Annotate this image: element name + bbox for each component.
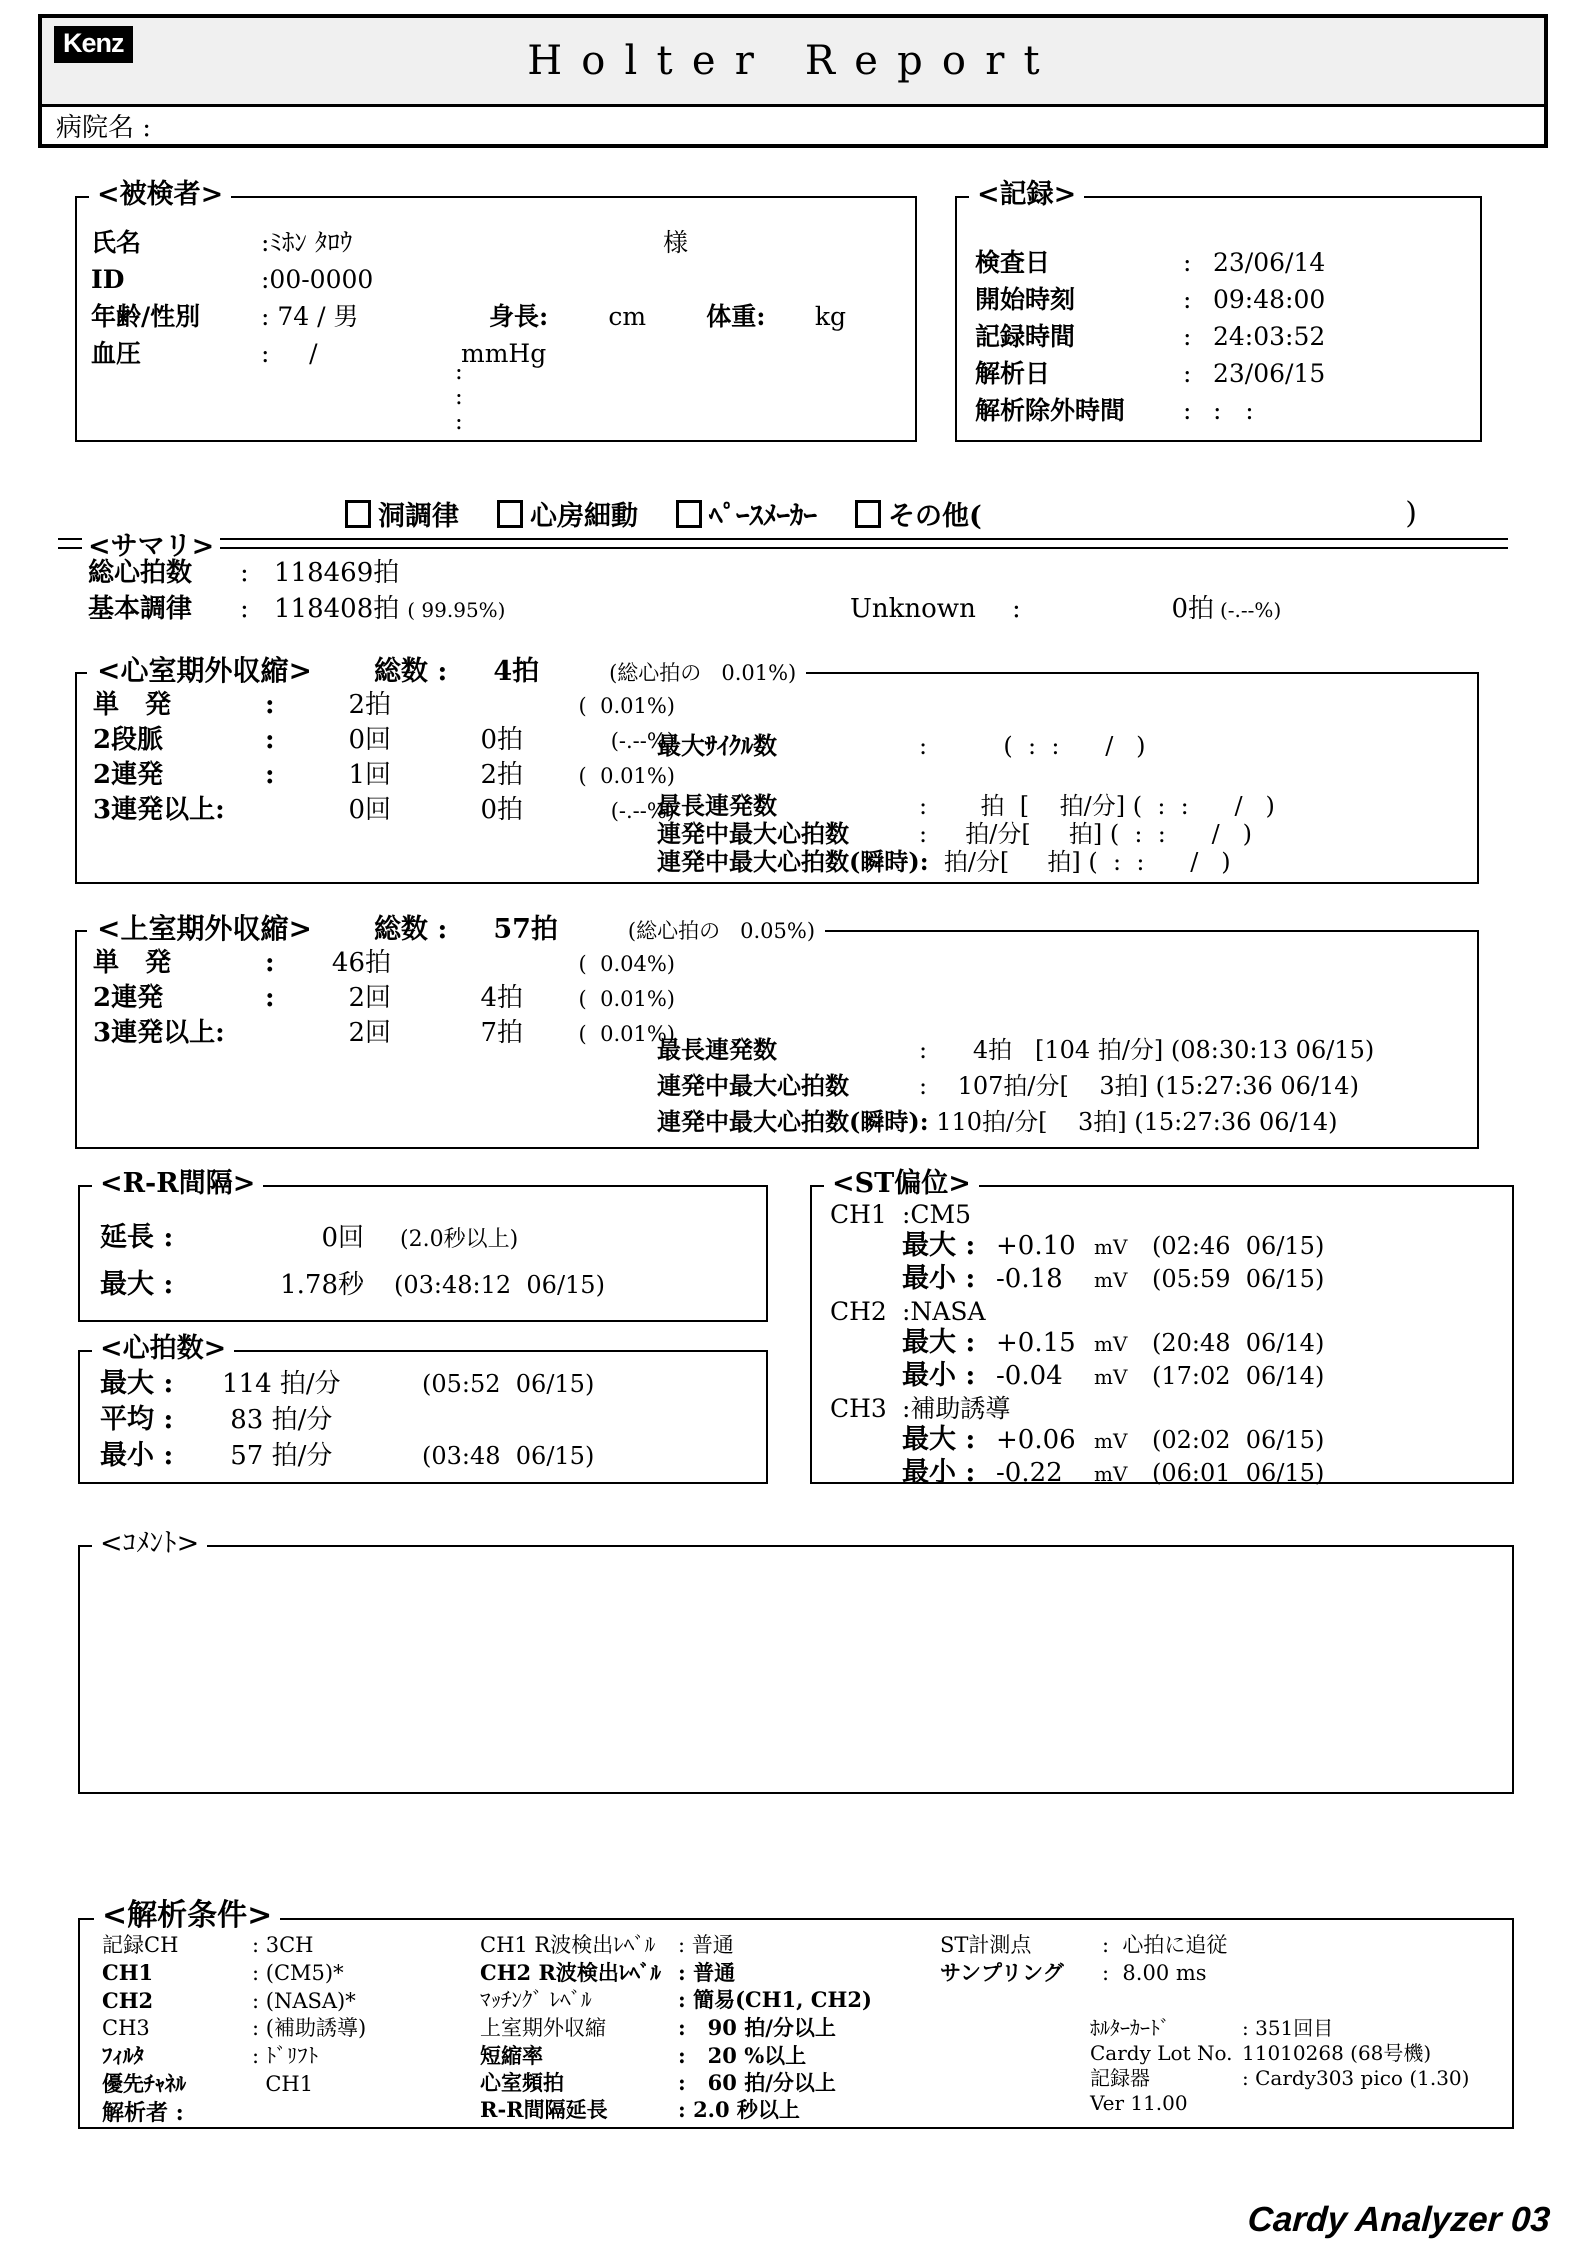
patient-height-unit: cm xyxy=(548,298,706,335)
cond-priority-channel: 優先ﾁｬﾈﾙ CH1 xyxy=(102,2070,366,2098)
pvc-row-colon: : xyxy=(265,688,291,722)
pvc-count-table: 単 発 : 2拍 ( 0.01%) 2段脈 : 0回 0拍 (-.--%) 2連… xyxy=(93,688,675,828)
hr-avg-row: 平均 : 83 拍/分 xyxy=(100,1402,766,1438)
patient-weight-label: 体重: xyxy=(706,298,765,335)
st-channel-lead: :NASA xyxy=(902,1296,986,1327)
record-colon: : xyxy=(1183,392,1213,429)
pvc-section-title: <心室期外収縮> xyxy=(97,654,312,688)
pvc-percent-note: (総心拍の 0.01%) xyxy=(609,656,796,690)
svpc-section: <上室期外収縮> 総数 : 57拍 (総心拍の 0.05%) 単 発 : 46拍… xyxy=(75,930,1479,1149)
pvc-row-percent: (-.--%) xyxy=(523,724,675,758)
basic-rhythm-percent: ( 99.95%) xyxy=(407,598,505,622)
cond-value: : 心拍に追従 xyxy=(1102,1932,1227,1959)
cond-label: 短縮率 xyxy=(480,2042,678,2069)
cond-record-ch: 記録CH : 3CH xyxy=(102,1932,366,1959)
st-ch3-header: CH3 :補助誘導 xyxy=(830,1393,1512,1424)
cond-label: 上室期外収縮 xyxy=(480,2015,678,2042)
st-max-label: 最大 : xyxy=(902,1327,996,1358)
svpc-row-label: 2連発 xyxy=(93,981,265,1015)
rr-prolong-note: (2.0秒以上) xyxy=(400,1217,518,1262)
svpc-row-count: 2回 xyxy=(291,1016,391,1050)
pvc-row-colon: : xyxy=(265,758,291,792)
patient-name-value: :ﾐﾎﾝ ﾀﾛｳ xyxy=(261,224,663,261)
pvc-row-couplet: 2連発 : 1回 2拍 ( 0.01%) xyxy=(93,758,675,793)
patient-bp-row: 血圧 : / mmHg xyxy=(91,335,915,372)
pvc-row-percent: ( 0.01%) xyxy=(523,759,675,793)
cond-label: CH3 xyxy=(102,2015,252,2042)
conditions-col1: 記録CH : 3CH CH1 : (CM5)* CH2 : (NASA)* CH… xyxy=(102,1932,366,2098)
pvc-detail-value: 拍/分[ 拍] ( : : / ) xyxy=(929,848,1231,876)
st-ch3-max-row: 最大 : +0.06 mV (02:02 06/15) xyxy=(830,1424,1512,1457)
st-max-value: +0.06 xyxy=(996,1425,1094,1456)
cond-label: ﾌｨﾙﾀ xyxy=(102,2042,252,2069)
pvc-row-colon: : xyxy=(265,723,291,757)
pvc-row-count: 1回 xyxy=(291,758,391,792)
cond-label: CH1 xyxy=(102,1959,252,1986)
pvc-row-percent: ( 0.01%) xyxy=(523,689,675,723)
patient-age-value: : 74 / 男 xyxy=(261,298,489,335)
report-title: Holter Report xyxy=(527,38,1059,84)
st-channel-name: CH1 xyxy=(830,1199,902,1230)
st-deviation-body: CH1 :CM5 最大 : +0.10 mV (02:46 06/15) 最小 … xyxy=(812,1187,1512,1490)
record-label: 検査日 xyxy=(975,244,1183,281)
hr-max-label: 最大 : xyxy=(100,1366,222,1402)
cond-ch2: CH2 : (NASA)* xyxy=(102,1987,366,2015)
cond-value: : 簡易(CH1, CH2) xyxy=(678,1986,872,2013)
pvc-detail-label: 最大ｻｲｸﾙ数 xyxy=(657,732,919,760)
patient-id-row: ID :00-0000 xyxy=(91,261,915,298)
hospital-name-row: 病院名 : xyxy=(42,104,1544,144)
record-label: 解析日 xyxy=(975,355,1183,392)
svpc-detail-label: 連発中最大心拍数(瞬時): xyxy=(657,1104,929,1139)
cond-ch3: CH3 : (補助誘導) xyxy=(102,2015,366,2042)
patient-body: 氏名 :ﾐﾎﾝ ﾀﾛｳ 様 ID :00-0000 年齢/性別 : 74 / 男… xyxy=(77,198,915,372)
hr-min-time: (03:48 06/15) xyxy=(422,1438,594,1474)
cond-sampling: サンプリング : 8.00 ms xyxy=(940,1959,1227,1987)
hr-min-value: 57 拍/分 xyxy=(222,1438,394,1474)
total-beats-row: 総心拍数 : 118469拍 xyxy=(88,552,399,589)
hr-max-time: (05:52 06/15) xyxy=(422,1366,594,1402)
svpc-row-label: 単 発 xyxy=(93,946,265,980)
st-channel-lead: :CM5 xyxy=(902,1199,971,1230)
rr-interval-title: <R-R間隔> xyxy=(92,1167,263,1201)
heart-rate-body: 最大 : 114 拍/分 (05:52 06/15) 平均 : 83 拍/分 最… xyxy=(80,1352,766,1474)
hr-avg-label: 平均 : xyxy=(100,1402,222,1438)
record-row-start-time: 開始時刻 : 09:48:00 xyxy=(975,281,1480,318)
patient-height-label: 身長: xyxy=(489,298,548,335)
basic-rhythm-row: 基本調律 : 118408拍 ( 99.95%) xyxy=(88,588,506,625)
svpc-longest-run-row: 最長連発数 : 4拍 [104 拍/分] (08:30:13 06/15) xyxy=(657,1032,1374,1068)
analyst-label: 解析者 : xyxy=(102,2096,184,2127)
basic-rhythm-label: 基本調律 xyxy=(88,588,240,625)
conditions-col3: ST計測点 : 心拍に追従 サンプリング : 8.00 ms xyxy=(940,1932,1227,1987)
cond-value: : 普通 xyxy=(678,1959,735,1986)
cond-label: 優先ﾁｬﾈﾙ xyxy=(102,2070,252,2097)
record-colon: : xyxy=(1183,355,1213,392)
patient-section-title: <被検者> xyxy=(89,178,231,212)
pvc-max-hr-row: 連発中最大心拍数 : 拍/分[ 拍] ( : : / ) xyxy=(657,820,1275,848)
svpc-detail-value: 110拍/分[ 3拍] (15:27:36 06/14) xyxy=(929,1105,1338,1140)
rr-max-row: 最大 : 1.78秒 (03:48:12 06/15) xyxy=(100,1262,766,1308)
pvc-detail-value: : 拍 [ 拍/分] ( : : / ) xyxy=(919,792,1275,820)
st-ch1-min-row: 最小 : -0.18 mV (05:59 06/15) xyxy=(830,1263,1512,1296)
pvc-longest-run-row: 最長連発数 : 拍 [ 拍/分] ( : : / ) xyxy=(657,792,1275,820)
comment-section: <ｺﾒﾝﾄ> xyxy=(78,1545,1514,1794)
cond-value: : 90 拍/分以上 xyxy=(678,2014,836,2041)
cond-svpc-threshold: 上室期外収縮 : 90 拍/分以上 xyxy=(480,2014,872,2042)
record-label: 開始時刻 xyxy=(975,281,1183,318)
device-label: Cardy Lot No. xyxy=(1090,2041,1242,2066)
heart-rate-title: <心拍数> xyxy=(92,1332,234,1366)
record-value: : : xyxy=(1213,392,1254,429)
cond-value: : 2.0 秒以上 xyxy=(678,2096,800,2123)
pvc-detail-label: 連発中最大心拍数 xyxy=(657,820,919,848)
conditions-title: <解析条件> xyxy=(94,1898,280,1934)
patient-id-value: :00-0000 xyxy=(261,261,373,298)
pvc-detail-table: 最大ｻｲｸﾙ数 : ( : : / ) 最長連発数 : 拍 [ 拍/分] ( :… xyxy=(657,732,1275,876)
svpc-max-hr-row: 連発中最大心拍数 : 107拍/分[ 3拍] (15:27:36 06/14) xyxy=(657,1068,1374,1104)
cond-label: CH2 xyxy=(102,1987,252,2014)
st-unit: mV xyxy=(1094,1362,1152,1393)
svpc-detail-label: 連発中最大心拍数 xyxy=(657,1068,919,1103)
svpc-detail-value: : 4拍 [104 拍/分] (08:30:13 06/15) xyxy=(919,1033,1374,1068)
pvc-max-hr-instant-row: 連発中最大心拍数(瞬時): 拍/分[ 拍] ( : : / ) xyxy=(657,848,1275,876)
patient-name-row: 氏名 :ﾐﾎﾝ ﾀﾛｳ 様 xyxy=(91,224,915,261)
st-ch1-max-row: 最大 : +0.10 mV (02:46 06/15) xyxy=(830,1230,1512,1263)
cond-value: : 20 %以上 xyxy=(678,2042,806,2069)
record-colon: : xyxy=(1183,244,1213,281)
pvc-row-beats: 0拍 xyxy=(391,793,523,827)
conditions-col2: CH1 R波検出ﾚﾍﾞﾙ : 普通 CH2 R波検出ﾚﾍﾞﾙ : 普通 ﾏｯﾁﾝ… xyxy=(480,1932,872,2123)
st-max-time: (02:46 06/15) xyxy=(1152,1231,1324,1262)
cond-label: サンプリング xyxy=(940,1959,1102,1986)
conditions-section: <解析条件> 記録CH : 3CH CH1 : (CM5)* CH2 : (NA… xyxy=(78,1918,1514,2129)
rr-prolong-value: 0回 xyxy=(222,1216,364,1261)
cond-shortening-rate: 短縮率 : 20 %以上 xyxy=(480,2042,872,2069)
record-label: 記録時間 xyxy=(975,318,1183,355)
svpc-row-run: 3連発以上: 2回 7拍 ( 0.01%) xyxy=(93,1016,675,1051)
pvc-total-label: 総数 : xyxy=(374,655,447,689)
record-row-excluded-time: 解析除外時間 : : : xyxy=(975,392,1480,429)
cond-label: 心室頻拍 xyxy=(480,2069,678,2096)
record-row-exam-date: 検査日 : 23/06/14 xyxy=(975,244,1480,281)
kenz-logo: Kenz xyxy=(54,26,133,63)
svpc-detail-value: : 107拍/分[ 3拍] (15:27:36 06/14) xyxy=(919,1069,1359,1104)
total-beats-label: 総心拍数 xyxy=(88,552,240,589)
hr-avg-value: 83 拍/分 xyxy=(222,1402,394,1438)
cond-rr-prolong: R-R間隔延長 : 2.0 秒以上 xyxy=(480,2096,872,2123)
st-min-label: 最小 : xyxy=(902,1457,996,1488)
st-ch1-header: CH1 :CM5 xyxy=(830,1199,1512,1230)
hr-max-row: 最大 : 114 拍/分 (05:52 06/15) xyxy=(100,1366,766,1402)
record-section: <記録> 検査日 : 23/06/14 開始時刻 : 09:48:00 記録時間… xyxy=(955,196,1482,442)
device-info-block: ﾎﾙﾀｰｶｰﾄﾞ : 351回目 Cardy Lot No. 11010268 … xyxy=(1090,2016,1469,2116)
cond-filter: ﾌｨﾙﾀ : ﾄﾞﾘﾌﾄ xyxy=(102,2042,366,2070)
unknown-colon: : xyxy=(1012,594,1104,624)
st-min-time: (05:59 06/15) xyxy=(1152,1264,1324,1295)
svpc-count-table: 単 発 : 46拍 ( 0.04%) 2連発 : 2回 4拍 ( 0.01%) … xyxy=(93,946,675,1051)
hr-min-row: 最小 : 57 拍/分 (03:48 06/15) xyxy=(100,1438,766,1474)
svpc-row-count: 2回 xyxy=(291,981,391,1015)
svpc-row-couplet: 2連発 : 2回 4拍 ( 0.01%) xyxy=(93,981,675,1016)
st-min-time: (06:01 06/15) xyxy=(1152,1458,1324,1489)
pvc-detail-label: 連発中最大心拍数(瞬時): xyxy=(657,848,929,876)
patient-name-label: 氏名 xyxy=(91,224,261,261)
svpc-percent-note: (総心拍の 0.05%) xyxy=(628,914,815,948)
cond-value: : (CM5)* xyxy=(252,1960,344,1987)
st-unit: mV xyxy=(1094,1459,1152,1490)
pvc-section-head: <心室期外収縮> 総数 : 4拍 (総心拍の 0.01%) xyxy=(87,654,806,690)
st-min-value: -0.22 xyxy=(996,1458,1094,1489)
st-min-label: 最小 : xyxy=(902,1360,996,1391)
pvc-row-label: 2連発 xyxy=(93,758,265,792)
device-value: : 351回目 xyxy=(1242,2016,1333,2041)
rr-max-value: 1.78秒 xyxy=(222,1263,364,1308)
st-deviation-section: <ST偏位> CH1 :CM5 最大 : +0.10 mV (02:46 06/… xyxy=(810,1185,1514,1484)
svpc-row-beats: 7拍 xyxy=(391,1016,523,1050)
svpc-total-value: 57拍 xyxy=(493,913,558,947)
st-unit: mV xyxy=(1094,1426,1152,1457)
record-section-title: <記録> xyxy=(969,178,1084,212)
svpc-section-title: <上室期外収縮> xyxy=(97,912,312,946)
record-value: 24:03:52 xyxy=(1213,318,1325,355)
patient-age-label: 年齢/性別 xyxy=(91,298,261,335)
patient-bp-unit: mmHg xyxy=(461,335,546,372)
st-max-label: 最大 : xyxy=(902,1230,996,1261)
st-ch3-min-row: 最小 : -0.22 mV (06:01 06/15) xyxy=(830,1457,1512,1490)
cond-st-measure-point: ST計測点 : 心拍に追従 xyxy=(940,1932,1227,1959)
report-title-band: Kenz Holter Report xyxy=(42,18,1544,104)
svpc-row-colon: : xyxy=(265,981,291,1015)
record-value: 09:48:00 xyxy=(1213,281,1325,318)
device-label: ﾎﾙﾀｰｶｰﾄﾞ xyxy=(1090,2016,1242,2041)
st-max-time: (20:48 06/14) xyxy=(1152,1328,1324,1359)
st-channel-lead: :補助誘導 xyxy=(902,1393,1010,1424)
svpc-row-label: 3連発以上: xyxy=(93,1016,265,1050)
patient-bp-value: : / xyxy=(261,335,461,372)
st-max-value: +0.15 xyxy=(996,1328,1094,1359)
pvc-section: <心室期外収縮> 総数 : 4拍 (総心拍の 0.01%) 単 発 : 2拍 (… xyxy=(75,672,1479,884)
cond-ch1-rwave: CH1 R波検出ﾚﾍﾞﾙ : 普通 xyxy=(480,1932,872,1959)
cond-label: CH2 R波検出ﾚﾍﾞﾙ xyxy=(480,1959,678,1986)
record-body: 検査日 : 23/06/14 開始時刻 : 09:48:00 記録時間 : 24… xyxy=(957,198,1480,429)
device-label: Ver 11.00 xyxy=(1090,2091,1242,2116)
cardy-analyzer-brand: Cardy Analyzer 03 xyxy=(1149,2200,1552,2240)
rr-prolong-row: 延長 : 0回 (2.0秒以上) xyxy=(100,1215,766,1262)
st-ch2-min-row: 最小 : -0.04 mV (17:02 06/14) xyxy=(830,1360,1512,1393)
patient-age-row: 年齢/性別 : 74 / 男 身長: cm 体重: kg xyxy=(91,298,915,335)
cond-value: : 8.00 ms xyxy=(1102,1960,1207,1987)
hr-min-label: 最小 : xyxy=(100,1438,222,1474)
pvc-total-value: 4拍 xyxy=(493,655,539,689)
pvc-row-percent: (-.--%) xyxy=(523,794,675,828)
st-max-label: 最大 : xyxy=(902,1424,996,1455)
basic-rhythm-colon: : xyxy=(240,594,274,624)
pvc-row-label: 3連発以上: xyxy=(93,793,265,827)
st-min-time: (17:02 06/14) xyxy=(1152,1361,1324,1392)
summary-divider-line xyxy=(220,538,1508,549)
cond-vt-threshold: 心室頻拍 : 60 拍/分以上 xyxy=(480,2069,872,2096)
pvc-row-bigeminy: 2段脈 : 0回 0拍 (-.--%) xyxy=(93,723,675,758)
rr-interval-body: 延長 : 0回 (2.0秒以上) 最大 : 1.78秒 (03:48:12 06… xyxy=(80,1187,766,1308)
device-value: 11010268 (68号機) xyxy=(1242,2041,1431,2066)
svpc-row-percent: ( 0.04%) xyxy=(523,947,675,981)
patient-bp-label: 血圧 xyxy=(91,335,261,372)
svpc-section-head: <上室期外収縮> 総数 : 57拍 (総心拍の 0.05%) xyxy=(87,912,825,948)
pvc-row-label: 2段脈 xyxy=(93,723,265,757)
pvc-max-cycle-row: 最大ｻｲｸﾙ数 : ( : : / ) xyxy=(657,732,1275,760)
st-min-value: -0.18 xyxy=(996,1264,1094,1295)
cond-value: : 普通 xyxy=(678,1932,734,1959)
record-value: 23/06/14 xyxy=(1213,244,1325,281)
hospital-name-label: 病院名 : xyxy=(56,107,151,144)
cond-label: CH1 R波検出ﾚﾍﾞﾙ xyxy=(480,1932,678,1959)
cond-value: : ﾄﾞﾘﾌﾄ xyxy=(252,2043,318,2070)
pvc-detail-value: : 拍/分[ 拍] ( : : / ) xyxy=(919,820,1252,848)
holter-card-row: ﾎﾙﾀｰｶｰﾄﾞ : 351回目 xyxy=(1090,2016,1469,2041)
comment-title: <ｺﾒﾝﾄ> xyxy=(92,1527,207,1561)
cond-value: CH1 xyxy=(252,2071,313,2098)
unknown-label: Unknown xyxy=(850,594,1012,624)
cond-matching-level: ﾏｯﾁﾝｸﾞ ﾚﾍﾞﾙ : 簡易(CH1, CH2) xyxy=(480,1986,872,2014)
cond-label: 記録CH xyxy=(102,1932,252,1959)
cond-ch2-rwave: CH2 R波検出ﾚﾍﾞﾙ : 普通 xyxy=(480,1959,872,1986)
st-unit: mV xyxy=(1094,1232,1152,1263)
pvc-row-beats: 2拍 xyxy=(391,758,523,792)
cond-value: : 3CH xyxy=(252,1932,314,1959)
pvc-row-count: 0回 xyxy=(291,793,391,827)
rr-interval-section: <R-R間隔> 延長 : 0回 (2.0秒以上) 最大 : 1.78秒 (03:… xyxy=(78,1185,768,1322)
recorder-row: 記録器 : Cardy303 pico (1.30) xyxy=(1090,2066,1469,2091)
st-unit: mV xyxy=(1094,1329,1152,1360)
unknown-value: 0拍 xyxy=(1104,588,1214,625)
st-channel-name: CH2 xyxy=(830,1296,902,1327)
cond-value: : (NASA)* xyxy=(252,1988,356,2015)
record-colon: : xyxy=(1183,318,1213,355)
patient-weight-unit: kg xyxy=(765,298,895,335)
record-row-analysis-date: 解析日 : 23/06/15 xyxy=(975,355,1480,392)
pvc-row-beats: 0拍 xyxy=(391,723,523,757)
pvc-detail-value: : ( : : / ) xyxy=(919,732,1146,760)
pvc-row-run: 3連発以上: 0回 0拍 (-.--%) xyxy=(93,793,675,828)
svpc-detail-label: 最長連発数 xyxy=(657,1032,919,1067)
svpc-row-single: 単 発 : 46拍 ( 0.04%) xyxy=(93,946,675,981)
pvc-detail-label: 最長連発数 xyxy=(657,792,919,820)
st-max-time: (02:02 06/15) xyxy=(1152,1425,1324,1456)
st-max-value: +0.10 xyxy=(996,1231,1094,1262)
patient-name-suffix: 様 xyxy=(663,224,688,261)
total-beats-colon: : xyxy=(240,558,274,588)
svpc-row-percent: ( 0.01%) xyxy=(523,982,675,1016)
rr-prolong-label: 延長 : xyxy=(100,1215,222,1260)
record-label: 解析除外時間 xyxy=(975,392,1183,429)
unknown-percent: (-.--%) xyxy=(1220,598,1281,622)
svpc-row-percent: ( 0.01%) xyxy=(523,1017,675,1051)
record-value: 23/06/15 xyxy=(1213,355,1325,392)
st-channel-name: CH3 xyxy=(830,1393,902,1424)
svpc-total-label: 総数 : xyxy=(374,913,447,947)
st-unit: mV xyxy=(1094,1265,1152,1296)
device-value: : Cardy303 pico (1.30) xyxy=(1242,2066,1469,2091)
pvc-row-single: 単 発 : 2拍 ( 0.01%) xyxy=(93,688,675,723)
svpc-detail-table: 最長連発数 : 4拍 [104 拍/分] (08:30:13 06/15) 連発… xyxy=(657,1032,1374,1140)
pvc-row-count: 0回 xyxy=(291,723,391,757)
record-colon: : xyxy=(1183,281,1213,318)
svpc-row-colon: : xyxy=(265,946,291,980)
cond-label: R-R間隔延長 xyxy=(480,2096,678,2123)
patient-section: <被検者> 氏名 :ﾐﾎﾝ ﾀﾛｳ 様 ID :00-0000 年齢/性別 : … xyxy=(75,196,917,442)
basic-rhythm-value: 118408拍 xyxy=(274,588,399,625)
cond-ch1: CH1 : (CM5)* xyxy=(102,1959,366,1987)
pvc-row-count: 2拍 xyxy=(291,688,391,722)
st-min-value: -0.04 xyxy=(996,1361,1094,1392)
pvc-row-label: 単 発 xyxy=(93,688,265,722)
holter-report-page: Kenz Holter Report 病院名 : <被検者> 氏名 :ﾐﾎﾝ ﾀ… xyxy=(0,0,1584,2262)
unknown-beats-row: Unknown : 0拍 (-.--%) xyxy=(850,588,1281,625)
cond-label: ﾏｯﾁﾝｸﾞ ﾚﾍﾞﾙ xyxy=(480,1987,678,2014)
st-deviation-title: <ST偏位> xyxy=(824,1167,979,1201)
cond-value: : (補助誘導) xyxy=(252,2015,366,2042)
summary-divider-stub xyxy=(58,538,82,549)
version-row: Ver 11.00 xyxy=(1090,2091,1469,2116)
st-ch2-header: CH2 :NASA xyxy=(830,1296,1512,1327)
cond-value: : 60 拍/分以上 xyxy=(678,2069,836,2096)
cond-label: ST計測点 xyxy=(940,1932,1102,1959)
total-beats-value: 118469拍 xyxy=(274,552,399,589)
svpc-row-beats: 4拍 xyxy=(391,981,523,1015)
st-ch2-max-row: 最大 : +0.15 mV (20:48 06/14) xyxy=(830,1327,1512,1360)
report-header: Kenz Holter Report 病院名 : xyxy=(38,14,1548,148)
svpc-max-hr-instant-row: 連発中最大心拍数(瞬時): 110拍/分[ 3拍] (15:27:36 06/1… xyxy=(657,1104,1374,1140)
device-label: 記録器 xyxy=(1090,2066,1242,2091)
svpc-row-count: 46拍 xyxy=(291,946,391,980)
cardy-lot-row: Cardy Lot No. 11010268 (68号機) xyxy=(1090,2041,1469,2066)
hr-max-value: 114 拍/分 xyxy=(222,1366,394,1402)
st-min-label: 最小 : xyxy=(902,1263,996,1294)
patient-empty-field-dots: ::: xyxy=(455,360,463,435)
heart-rate-section: <心拍数> 最大 : 114 拍/分 (05:52 06/15) 平均 : 83… xyxy=(78,1350,768,1484)
rr-max-label: 最大 : xyxy=(100,1262,222,1307)
rr-max-note: (03:48:12 06/15) xyxy=(394,1263,605,1308)
record-row-duration: 記録時間 : 24:03:52 xyxy=(975,318,1480,355)
patient-id-label: ID xyxy=(91,261,261,298)
